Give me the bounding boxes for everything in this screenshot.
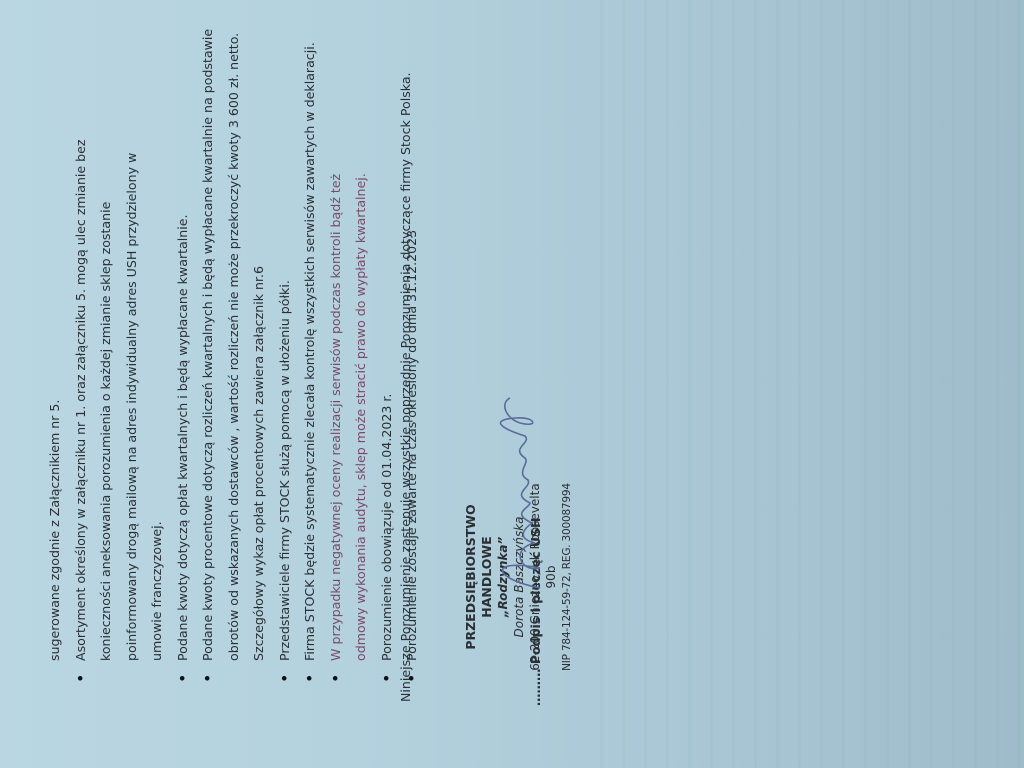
bullet-item: Porozumienie obowiązuje od 01.04.2023 r. <box>374 43 400 683</box>
bullet-line: poinformowany drogą mailową na adres ind… <box>119 43 145 661</box>
intro-line: sugerowane zgodnie z Załącznikiem nr 5. <box>42 43 68 683</box>
bullet-line: obrotów od wskazanych dostawców , wartoś… <box>221 43 247 661</box>
bullet-line: W przypadku negatywnej oceny realizacji … <box>323 43 349 661</box>
bullet-item: Asortyment określony w załączniku nr 1. … <box>68 43 170 683</box>
handwritten-signature <box>470 378 560 598</box>
bullet-line: Firma STOCK będzie systematycznie zlecał… <box>297 43 323 661</box>
bullet-item: W przypadku negatywnej oceny realizacji … <box>323 43 374 683</box>
bullet-list: Asortyment określony w załączniku nr 1. … <box>68 43 425 683</box>
bullet-item: Podane kwoty dotyczą opłat kwartalnych i… <box>170 43 196 683</box>
bullet-line: Asortyment określony w załączniku nr 1. … <box>68 43 94 661</box>
closing-statement: Niniejsze Porozumienie zastępuje wszystk… <box>398 72 413 702</box>
bullet-item: Podane kwoty procentowe dotyczą rozlicze… <box>195 43 272 683</box>
bullet-item: Firma STOCK będzie systematycznie zlecał… <box>297 43 323 683</box>
bullet-line: Podane kwoty dotyczą opłat kwartalnych i… <box>170 43 196 661</box>
bullet-line: Przedstawiciele firmy STOCK służą pomocą… <box>272 43 298 661</box>
bullet-line: umowie franczyzowej. <box>144 43 170 661</box>
bleed-through-backside <box>600 0 1024 768</box>
bullet-line: Porozumienie obowiązuje od 01.04.2023 r. <box>374 43 400 661</box>
document-body: sugerowane zgodnie z Załącznikiem nr 5. … <box>42 43 425 683</box>
bullet-line: konieczności aneksowania porozumienia o … <box>93 43 119 661</box>
bullet-line: Podane kwoty procentowe dotyczą rozlicze… <box>195 43 221 661</box>
bullet-line: odmowy wykonania audytu, sklep może stra… <box>348 43 374 661</box>
bullet-line: Szczegółowy wykaz opłat procentowych zaw… <box>246 43 272 661</box>
document-page: sugerowane zgodnie z Załącznikiem nr 5. … <box>0 0 600 768</box>
bullet-item: Przedstawiciele firmy STOCK służą pomocą… <box>272 43 298 683</box>
stamp-nip-reg: NIP 784-124-59-72, REG. 300087994 <box>559 472 575 682</box>
